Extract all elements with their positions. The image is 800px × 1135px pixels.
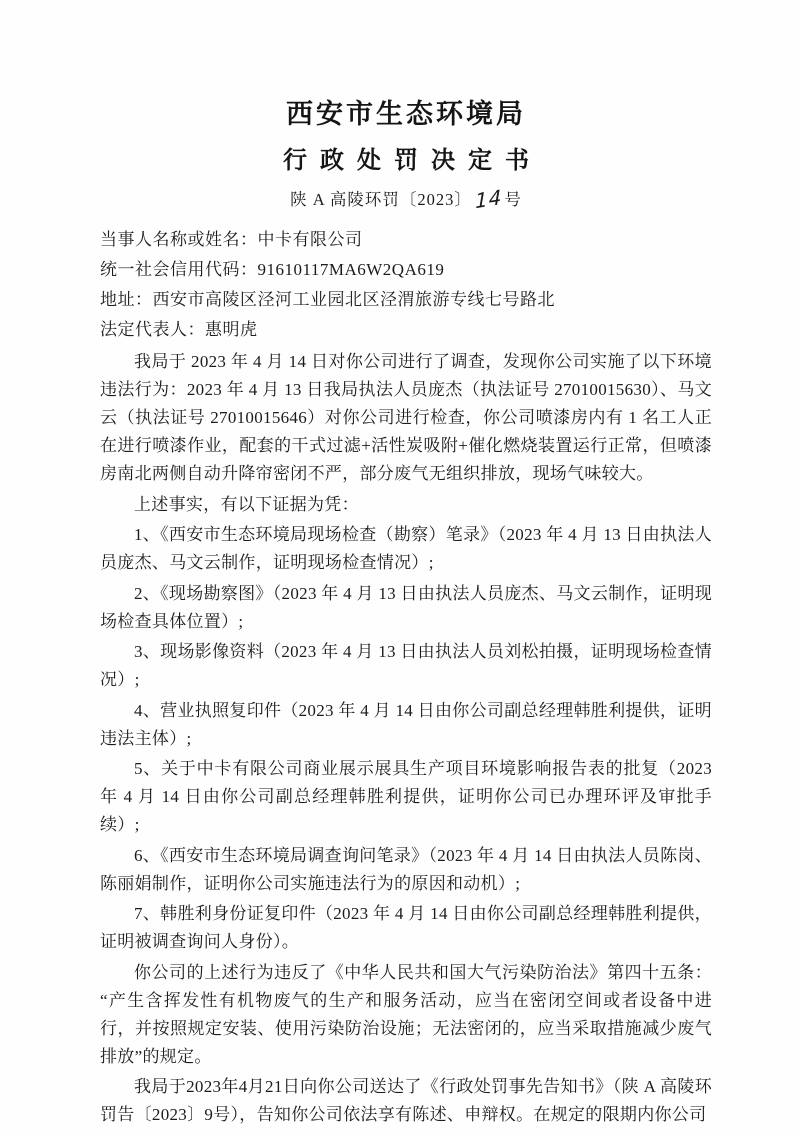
- evidence-item-7: 7、韩胜利身份证复印件（2023 年 4 月 14 日由你公司副总经理韩胜利提供…: [100, 900, 712, 956]
- evidence-item-3: 3、现场影像资料（2023 年 4 月 13 日由执法人员刘松拍摄，证明现场检查…: [100, 638, 712, 694]
- scanned-document-page: 西安市生态环境局 行政处罚决定书 陕 A 高陵环罚〔2023〕14号 当事人名称…: [0, 0, 800, 1135]
- field-credit-code: 统一社会信用代码：91610117MA6W2QA619: [100, 255, 712, 285]
- field-party-name-label: 当事人名称或姓名：: [100, 230, 258, 249]
- field-party-name-value: 中卡有限公司: [258, 230, 363, 249]
- field-party-name: 当事人名称或姓名：中卡有限公司: [100, 225, 712, 255]
- field-credit-code-value: 91610117MA6W2QA619: [258, 260, 445, 279]
- doc-number-prefix: 陕 A 高陵环罚〔2023〕: [290, 190, 472, 209]
- party-info-fields: 当事人名称或姓名：中卡有限公司 统一社会信用代码：91610117MA6W2QA…: [100, 225, 712, 345]
- doc-number-suffix: 号: [504, 190, 522, 209]
- evidence-item-6: 6、《西安市生态环境局调查询问笔录》（2023 年 4 月 14 日由执法人员陈…: [100, 842, 712, 898]
- doc-number: 陕 A 高陵环罚〔2023〕14号: [100, 186, 712, 210]
- evidence-item-5: 5、关于中卡有限公司商业展示展具生产项目环境影响报告表的批复（2023 年 4 …: [100, 755, 712, 839]
- paragraph-investigation-findings: 我局于 2023 年 4 月 14 日对你公司进行了调查，发现你公司实施了以下环…: [100, 348, 712, 488]
- field-address-value: 西安市高陵区泾河工业园北区泾渭旅游专线七号路北: [153, 290, 556, 309]
- doc-number-handwritten-case-no: 14: [475, 187, 502, 211]
- field-address-label: 地址：: [100, 290, 153, 309]
- paragraph-evidence-intro: 上述事实，有以下证据为凭：: [100, 491, 712, 519]
- field-credit-code-label: 统一社会信用代码：: [100, 260, 258, 279]
- paragraph-prior-notice: 我局于2023年4月21日向你公司送达了《行政处罚事先告知书》（陕 A 高陵环罚…: [100, 1073, 712, 1129]
- field-legal-representative: 法定代表人：惠明虎: [100, 315, 712, 345]
- field-address: 地址：西安市高陵区泾河工业园北区泾渭旅游专线七号路北: [100, 285, 712, 315]
- document-body: 我局于 2023 年 4 月 14 日对你公司进行了调查，发现你公司实施了以下环…: [100, 348, 712, 1129]
- paragraph-legal-basis: 你公司的上述行为违反了《中华人民共和国大气污染防治法》第四十五条：“产生含挥发性…: [100, 959, 712, 1071]
- evidence-item-2: 2、《现场勘察图》（2023 年 4 月 13 日由执法人员庞杰、马文云制作，证…: [100, 580, 712, 636]
- field-legal-representative-label: 法定代表人：: [100, 320, 205, 339]
- field-legal-representative-value: 惠明虎: [205, 320, 258, 339]
- org-title: 西安市生态环境局: [100, 92, 712, 131]
- evidence-item-4: 4、营业执照复印件（2023 年 4 月 14 日由你公司副总经理韩胜利提供，证…: [100, 697, 712, 753]
- evidence-item-1: 1、《西安市生态环境局现场检查（勘察）笔录》（2023 年 4 月 13 日由执…: [100, 521, 712, 577]
- doc-title: 行政处罚决定书: [100, 140, 712, 175]
